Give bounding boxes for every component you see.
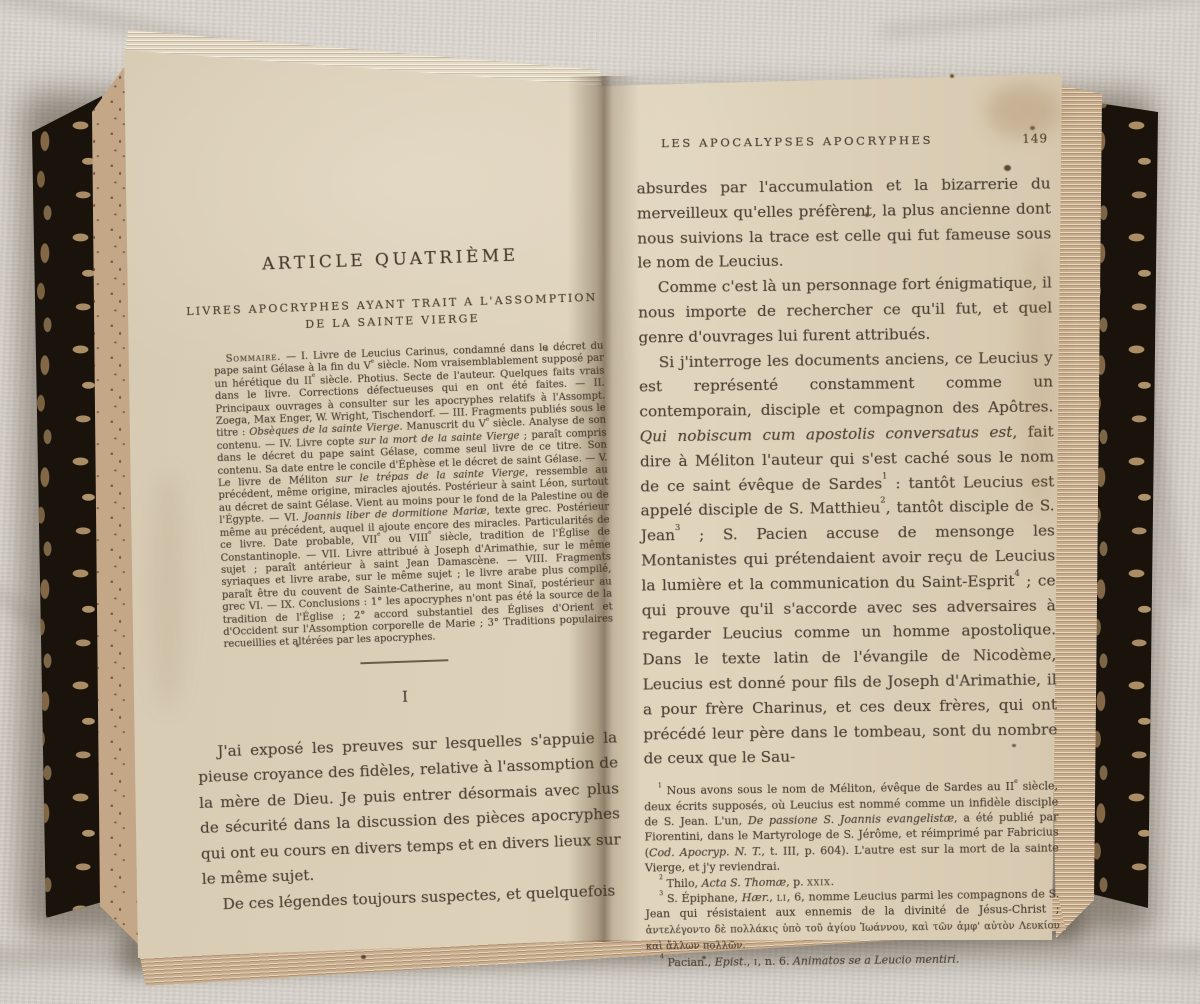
photo-vignette bbox=[0, 0, 1200, 1004]
photo-of-open-book: ARTICLE QUATRIÈME LIVRES APOCRYPHES AYAN… bbox=[0, 0, 1200, 1004]
